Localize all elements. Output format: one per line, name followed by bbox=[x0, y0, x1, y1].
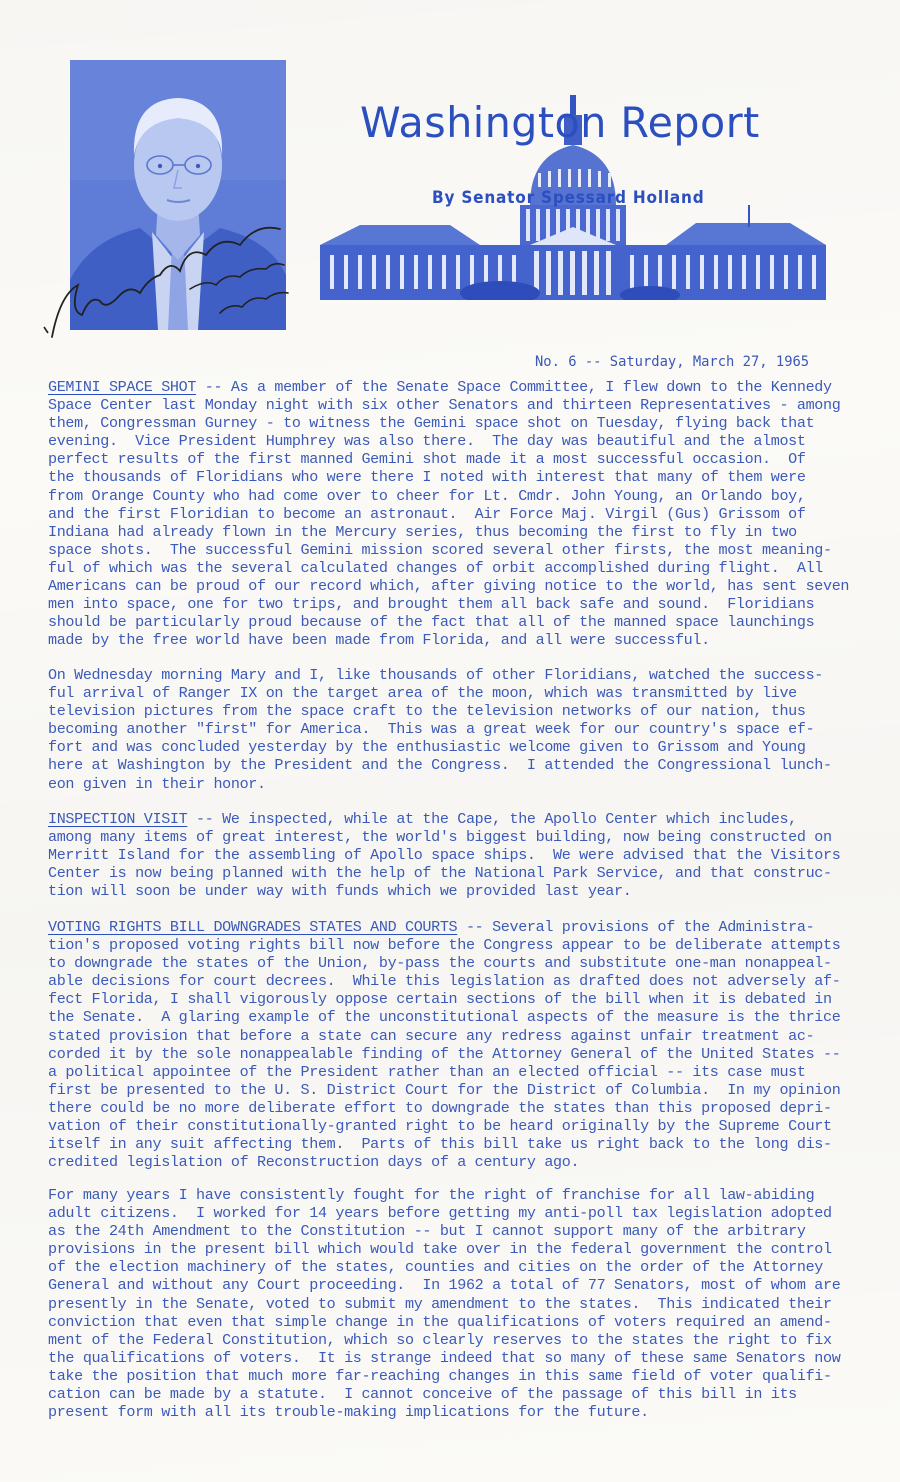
section-body: -- Several provisions of the Administra-… bbox=[48, 918, 840, 1171]
section-body: On Wednesday morning Mary and I, like th… bbox=[48, 666, 832, 793]
masthead-byline: By Senator Spessard Holland bbox=[432, 188, 732, 208]
senator-signature bbox=[30, 215, 310, 345]
section-franchise: For many years I have consistently fough… bbox=[48, 1186, 868, 1421]
section-gemini-space-shot: GEMINI SPACE SHOT -- As a member of the … bbox=[48, 378, 868, 649]
masthead-title: Washington Report bbox=[360, 98, 811, 147]
section-voting-rights-bill: VOTING RIGHTS BILL DOWNGRADES STATES AND… bbox=[48, 918, 868, 1171]
issue-line: No. 6 -- Saturday, March 27, 1965 bbox=[535, 354, 809, 370]
section-heading: VOTING RIGHTS BILL DOWNGRADES STATES AND… bbox=[48, 918, 457, 936]
section-inspection-visit: INSPECTION VISIT -- We inspected, while … bbox=[48, 810, 868, 900]
section-heading: GEMINI SPACE SHOT bbox=[48, 378, 196, 396]
section-body: For many years I have consistently fough… bbox=[48, 1186, 840, 1421]
section-body: -- As a member of the Senate Space Commi… bbox=[48, 378, 849, 649]
section-heading: INSPECTION VISIT bbox=[48, 810, 187, 828]
section-ranger-ix: On Wednesday morning Mary and I, like th… bbox=[48, 666, 868, 793]
